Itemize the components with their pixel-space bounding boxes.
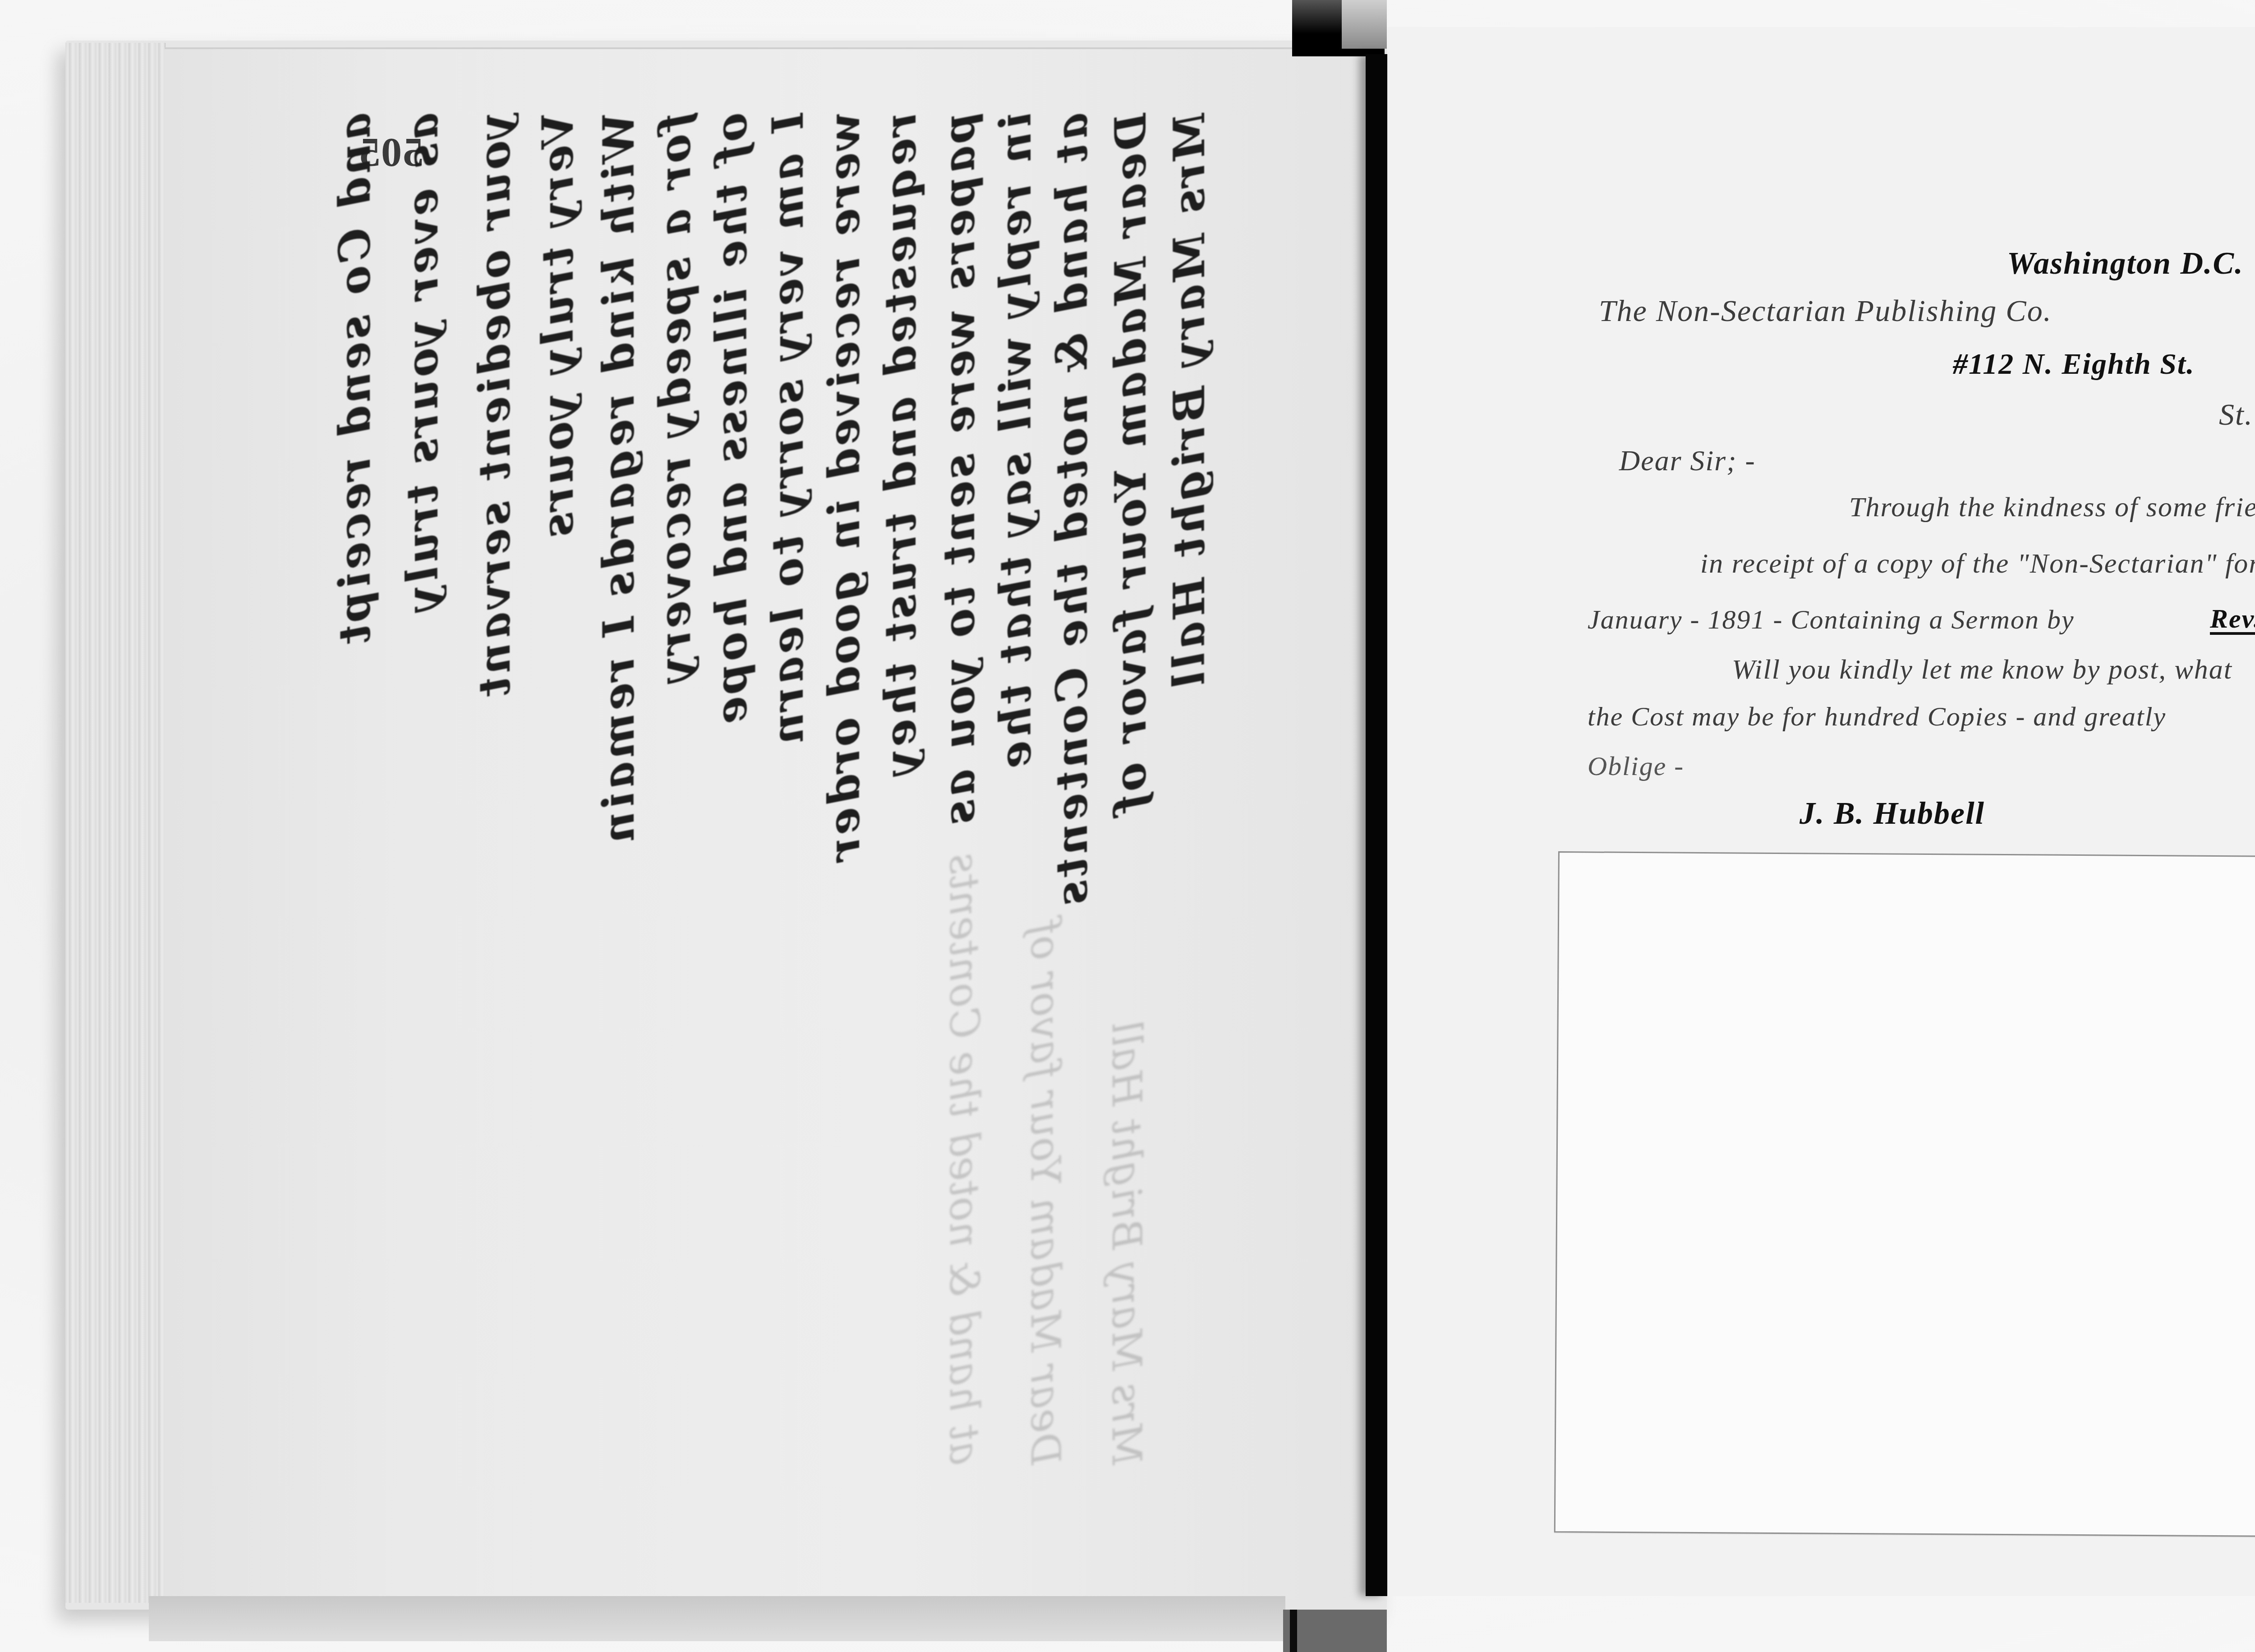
mirror-text-column: in reply will say that the xyxy=(990,113,1040,1556)
mirror-text-column: I am very sorry to learn xyxy=(762,113,812,1556)
addressee-street: #112 N. Eighth St. xyxy=(1953,347,2195,381)
body-line: in receipt of a copy of the "Non-Sectari… xyxy=(1700,548,2255,580)
spine-top-highlight xyxy=(1342,0,1387,49)
book-bottom-shadow xyxy=(149,1596,1285,1641)
page-fore-edge xyxy=(65,43,166,1603)
mirrored-copy-text: Mrs Mary Bright Hall Dear Madam Your fav… xyxy=(244,113,1258,1556)
mirror-text-column: were received in good order xyxy=(819,113,868,1556)
letter-place: Washington D.C. xyxy=(2007,246,2244,282)
body-line: Through the kindness of some friend I am xyxy=(1849,491,2255,523)
mirror-text-column: as ever yours truly xyxy=(397,113,446,1556)
mirror-text-column: Mrs Mary Bright Hall xyxy=(1164,113,1213,1556)
sermon-author: Rev. H. W. Thomas, D.D. xyxy=(2210,603,2255,634)
body-line: January - 1891 - Containing a Sermon by xyxy=(1588,604,2075,635)
mirror-text-column: for a speedy recovery xyxy=(649,113,699,1556)
spine-bottom-band xyxy=(1290,1610,1297,1652)
addressee-name: The Non-Sectarian Publishing Co. xyxy=(1599,293,2052,329)
spine-bottom xyxy=(1283,1610,1387,1652)
mirror-text-column: With kind regards I remain xyxy=(593,113,643,1556)
book-gutter xyxy=(1366,54,1387,1596)
body-line: the Cost may be for hundred Copies - and… xyxy=(1588,701,2166,732)
mirror-text-column: at hand & noted the Contents xyxy=(1046,113,1096,1556)
body-line: Oblige - xyxy=(1588,751,1684,782)
mirror-text-column: your obedient servant xyxy=(469,113,519,1556)
body-line: Will you kindly let me know by post, wha… xyxy=(1732,654,2232,686)
addressee-city: St. Louis - Mo. xyxy=(2219,397,2255,432)
signature: J. B. Hubbell xyxy=(1799,796,1985,832)
mirror-text-column: Very truly yours xyxy=(532,113,582,1556)
mirror-text-column: Dear Madam Your favor of xyxy=(1105,113,1155,1556)
mirror-text-column: requested and trust they xyxy=(875,113,925,1556)
blank-pasted-slip xyxy=(1554,851,2255,1539)
mirror-text-column: of the illness and hope xyxy=(706,113,755,1556)
mirror-text-column: papers were sent to you as xyxy=(934,113,983,1556)
mirror-text-column: and Co send receipt xyxy=(329,113,379,1556)
salutation: Dear Sir; - xyxy=(1619,444,1756,477)
